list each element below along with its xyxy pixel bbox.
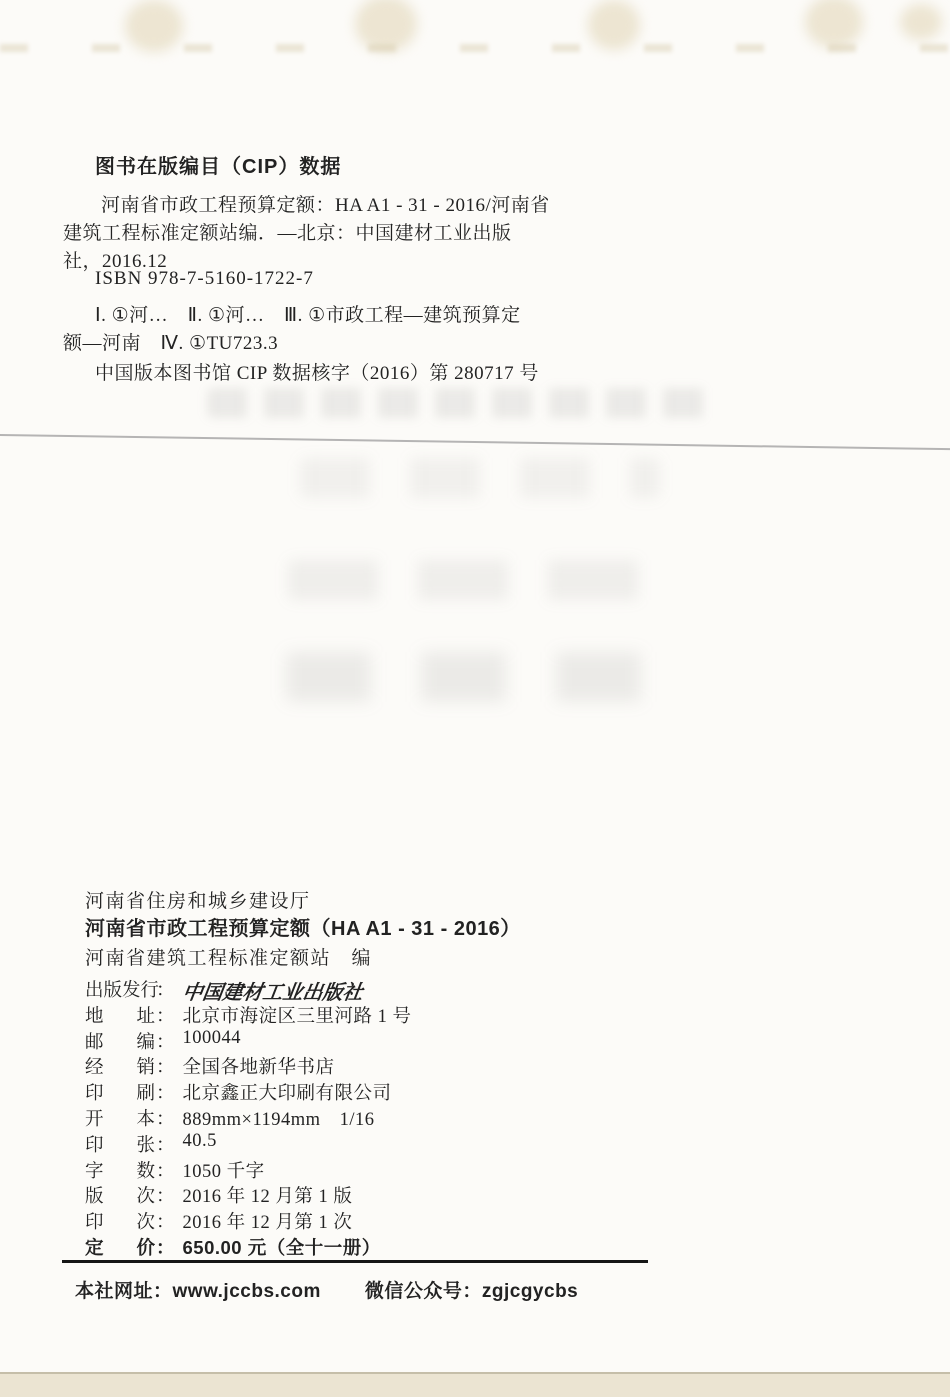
publisher-logotype: 中国建材工业出版社 [180,976,364,1005]
colophon-value: 全国各地新华书店 [183,1053,335,1079]
colophon-row-sheets: 印张： 40.5 [85,1131,412,1157]
colophon-row-printing: 印次： 2016 年 12 月第 1 次 [85,1208,412,1234]
website-url: www.jccbs.com [173,1281,321,1302]
colophon-label: 经销 [85,1053,155,1079]
price-value: 650.00 元（全十一册） [183,1234,381,1260]
colophon-label: 字数 [85,1157,155,1183]
footer-contacts: 本社网址：www.jccbs.com微信公众号：zgjcgycbs [75,1276,578,1303]
cip-classification-line: Ⅰ. ①河… Ⅱ. ①河… Ⅲ. ①市政工程—建筑预算定 [63,300,521,327]
colophon-colon: ： [156,1028,175,1054]
colophon-colon: ： [156,1182,175,1208]
colophon-row-price: 定价： 650.00 元（全十一册） [85,1234,412,1260]
colophon-colon: ： [156,1002,175,1028]
scan-smudge [900,4,942,40]
colophon-value: 100044 [183,1028,242,1049]
ghost-text-bleedthrough [288,560,656,600]
colophon-colon: ： [156,1208,175,1234]
colophon-row-distribution: 经销： 全国各地新华书店 [85,1053,412,1079]
ghost-text-bleedthrough [286,652,648,702]
colophon-row-wordcount: 字数： 1050 千字 [85,1157,412,1183]
scan-smudge [805,0,863,48]
colophon-colon: ： [156,976,175,1002]
colophon-colon: ： [156,1053,175,1079]
colophon-row-publisher: 出版发行： 中国建材工业出版社 [85,976,412,1002]
colophon-label: 版次 [85,1182,155,1208]
ghost-text-bleedthrough [207,388,707,418]
colophon-label: 定价 [85,1234,155,1260]
isbn-line: ISBN 978-7-5160-1722-7 [63,268,314,290]
cip-heading: 图书在版编目（CIP）数据 [95,150,341,179]
colophon-value: 北京鑫正大印刷有限公司 [183,1079,392,1105]
colophon-row-printer: 印刷： 北京鑫正大印刷有限公司 [85,1079,412,1105]
colophon-row-format: 开本： 889mm×1194mm 1/16 [85,1105,412,1131]
colophon-colon: ： [156,1234,175,1260]
colophon-label: 印刷 [85,1079,155,1105]
colophon-value: 2016 年 12 月第 1 次 [183,1208,353,1234]
colophon-label: 出版发行 [85,976,155,1002]
page-edge-band [0,1374,950,1397]
section-divider-line [0,434,950,450]
colophon-label: 地址 [85,1002,155,1028]
colophon-value: 北京市海淀区三里河路 1 号 [183,1002,412,1028]
website-label: 本社网址： [75,1281,173,1302]
wechat-label: 微信公众号： [365,1281,482,1302]
colophon-colon: ： [156,1105,175,1131]
cip-description-line: 河南省市政工程预算定额：HA A1 - 31 - 2016/河南省 [63,190,550,217]
editor-line: 河南省建筑工程标准定额站 编 [85,943,372,970]
book-title: 河南省市政工程预算定额（HA A1 - 31 - 2016） [85,912,521,941]
footer-rule [62,1260,648,1263]
colophon-value: 2016 年 12 月第 1 版 [183,1182,353,1208]
cip-record-number-line: 中国版本图书馆 CIP 数据核字（2016）第 280717 号 [63,358,539,385]
scan-smudge [588,0,640,50]
colophon-colon: ： [156,1157,175,1183]
colophon-colon: ： [156,1079,175,1105]
colophon-value: 40.5 [183,1131,217,1152]
colophon-label: 印张 [85,1131,155,1157]
colophon-label: 印次 [85,1208,155,1234]
colophon-row-edition: 版次： 2016 年 12 月第 1 版 [85,1182,412,1208]
cip-classification-line: 额—河南 Ⅳ. ①TU723.3 [63,328,278,355]
ghost-text-bleedthrough [300,458,660,498]
colophon-row-address: 地址： 北京市海淀区三里河路 1 号 [85,1002,412,1028]
scanned-copyright-page: 图书在版编目（CIP）数据 河南省市政工程预算定额：HA A1 - 31 - 2… [0,0,950,1397]
scan-streak [0,44,950,52]
wechat-id: zgjcgycbs [482,1281,578,1302]
publishing-authority: 河南省住房和城乡建设厅 [85,886,311,913]
colophon-label: 开本 [85,1105,155,1131]
colophon-label: 邮编 [85,1028,155,1054]
colophon-rows: 出版发行： 中国建材工业出版社 地址： 北京市海淀区三里河路 1 号 邮编： 1… [85,976,412,1260]
colophon-row-postcode: 邮编： 100044 [85,1028,412,1054]
colophon-colon: ： [156,1131,175,1157]
colophon-value: 889mm×1194mm 1/16 [183,1105,375,1131]
colophon-value: 1050 千字 [183,1157,265,1183]
cip-description-line: 建筑工程标准定额站编．—北京：中国建材工业出版 [63,218,512,245]
